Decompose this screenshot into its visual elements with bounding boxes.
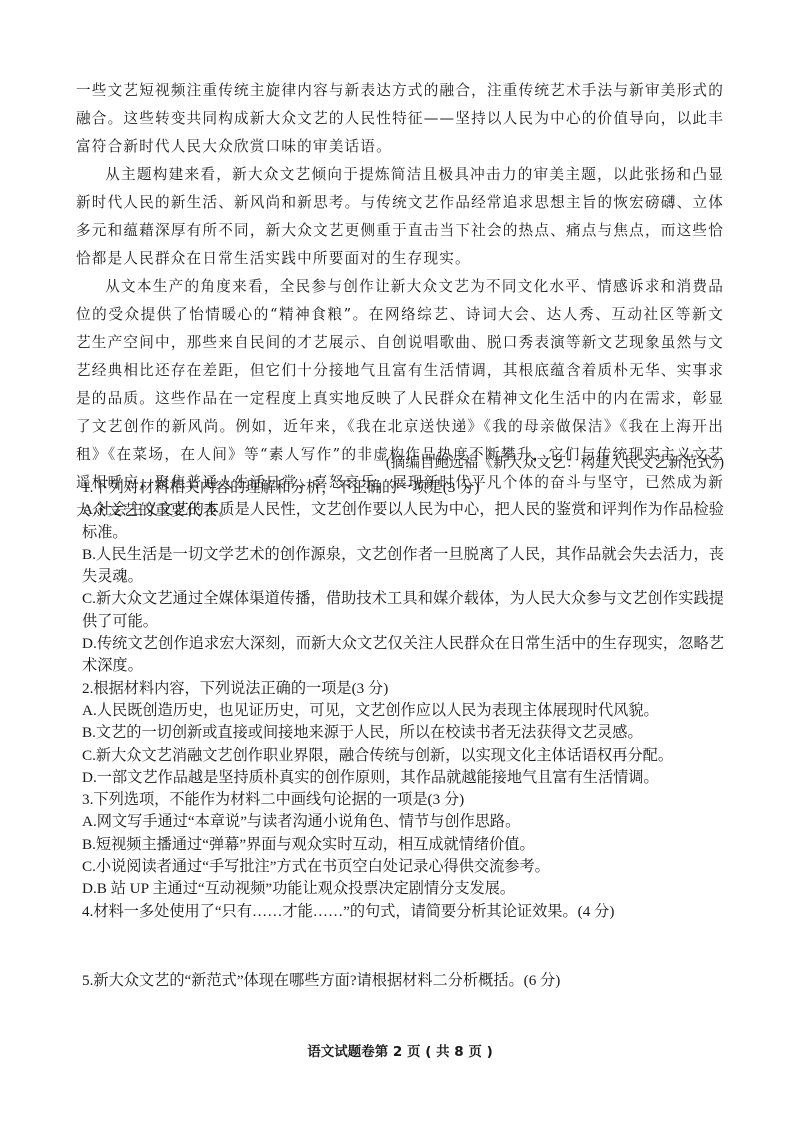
- question-4: 4.材料一多处使用了“只有……才能……”的句式，请简要分析其论证效果。(4 分): [76, 901, 724, 923]
- question-stem: 1.下列对材料相关内容的理解和分析，不正确的一项是(3 分): [76, 477, 724, 499]
- option-a: A.网文写手通过“本章说”与读者沟通小说角色、情节与创作思路。: [76, 811, 724, 833]
- question-3: 3.下列选项，不能作为材料二中画线句论据的一项是(3 分) A.网文写手通过“本…: [76, 789, 724, 900]
- option-b: B.人民生活是一切文学艺术的创作源泉，文艺创作者一旦脱离了人民，其作品就会失去活…: [76, 544, 724, 589]
- question-2: 2.根据材料内容，下列说法正确的一项是(3 分) A.人民既创造历史，也见证历史…: [76, 678, 724, 789]
- question-stem: 4.材料一多处使用了“只有……才能……”的句式，请简要分析其论证效果。(4 分): [76, 901, 724, 923]
- option-c: C.新大众文艺通过全媒体渠道传播，借助技术工具和媒介载体，为人民大众参与文艺创作…: [76, 588, 724, 633]
- question-1: 1.下列对材料相关内容的理解和分析，不正确的一项是(3 分) A.社会主义文艺的…: [76, 477, 724, 678]
- option-c: C.新大众文艺消融文艺创作职业界限，融合传统与创新，以实现文化主体话语权再分配。: [76, 745, 724, 767]
- question-list: 1.下列对材料相关内容的理解和分析，不正确的一项是(3 分) A.社会主义文艺的…: [76, 477, 724, 923]
- option-d: D.一部文艺作品越是坚持质朴真实的创作原则，其作品就越能接地气且富有生活情调。: [76, 767, 724, 789]
- option-a: A.社会主义文艺的本质是人民性，文艺创作要以人民为中心，把人民的鉴赏和评判作为作…: [76, 499, 724, 544]
- question-5: 5.新大众文艺的“新范式”体现在哪些方面?请根据材料二分析概括。(6 分): [82, 970, 722, 992]
- page-footer: 语文试题卷第 2 页 ( 共 8 页 ): [0, 1042, 800, 1062]
- option-b: B.文艺的一切创新或直接或间接地来源于人民，所以在校读书者无法获得文艺灵感。: [76, 722, 724, 744]
- passage-paragraph-1: 一些文艺短视频注重传统主旋律内容与新表达方式的融合，注重传统艺术手法与新审美形式…: [76, 77, 724, 161]
- question-stem: 3.下列选项，不能作为材料二中画线句论据的一项是(3 分): [76, 789, 724, 811]
- option-c: C.小说阅读者通过“手写批注”方式在书页空白处记录心得供交流参考。: [76, 856, 724, 878]
- passage-paragraph-2: 从主题构建来看，新大众文艺倾向于提炼简洁且极具冲击力的审美主题，以此张扬和凸显新…: [76, 161, 724, 273]
- option-b: B.短视频主播通过“弹幕”界面与观众实时互动，相互成就情绪价值。: [76, 834, 724, 856]
- option-d: D.B 站 UP 主通过“互动视频”功能让观众投票决定剧情分支发展。: [76, 878, 724, 900]
- passage-source-citation: (摘编自鲍远福《新大众文艺：构建人民文艺新范式》): [76, 452, 724, 474]
- question-stem: 2.根据材料内容，下列说法正确的一项是(3 分): [76, 678, 724, 700]
- option-d: D.传统文艺创作追求宏大深刻，而新大众文艺仅关注人民群众在日常生活中的生存现实，…: [76, 633, 724, 678]
- option-a: A.人民既创造历史，也见证历史，可见，文艺创作应以人民为表现主体展现时代风貌。: [76, 700, 724, 722]
